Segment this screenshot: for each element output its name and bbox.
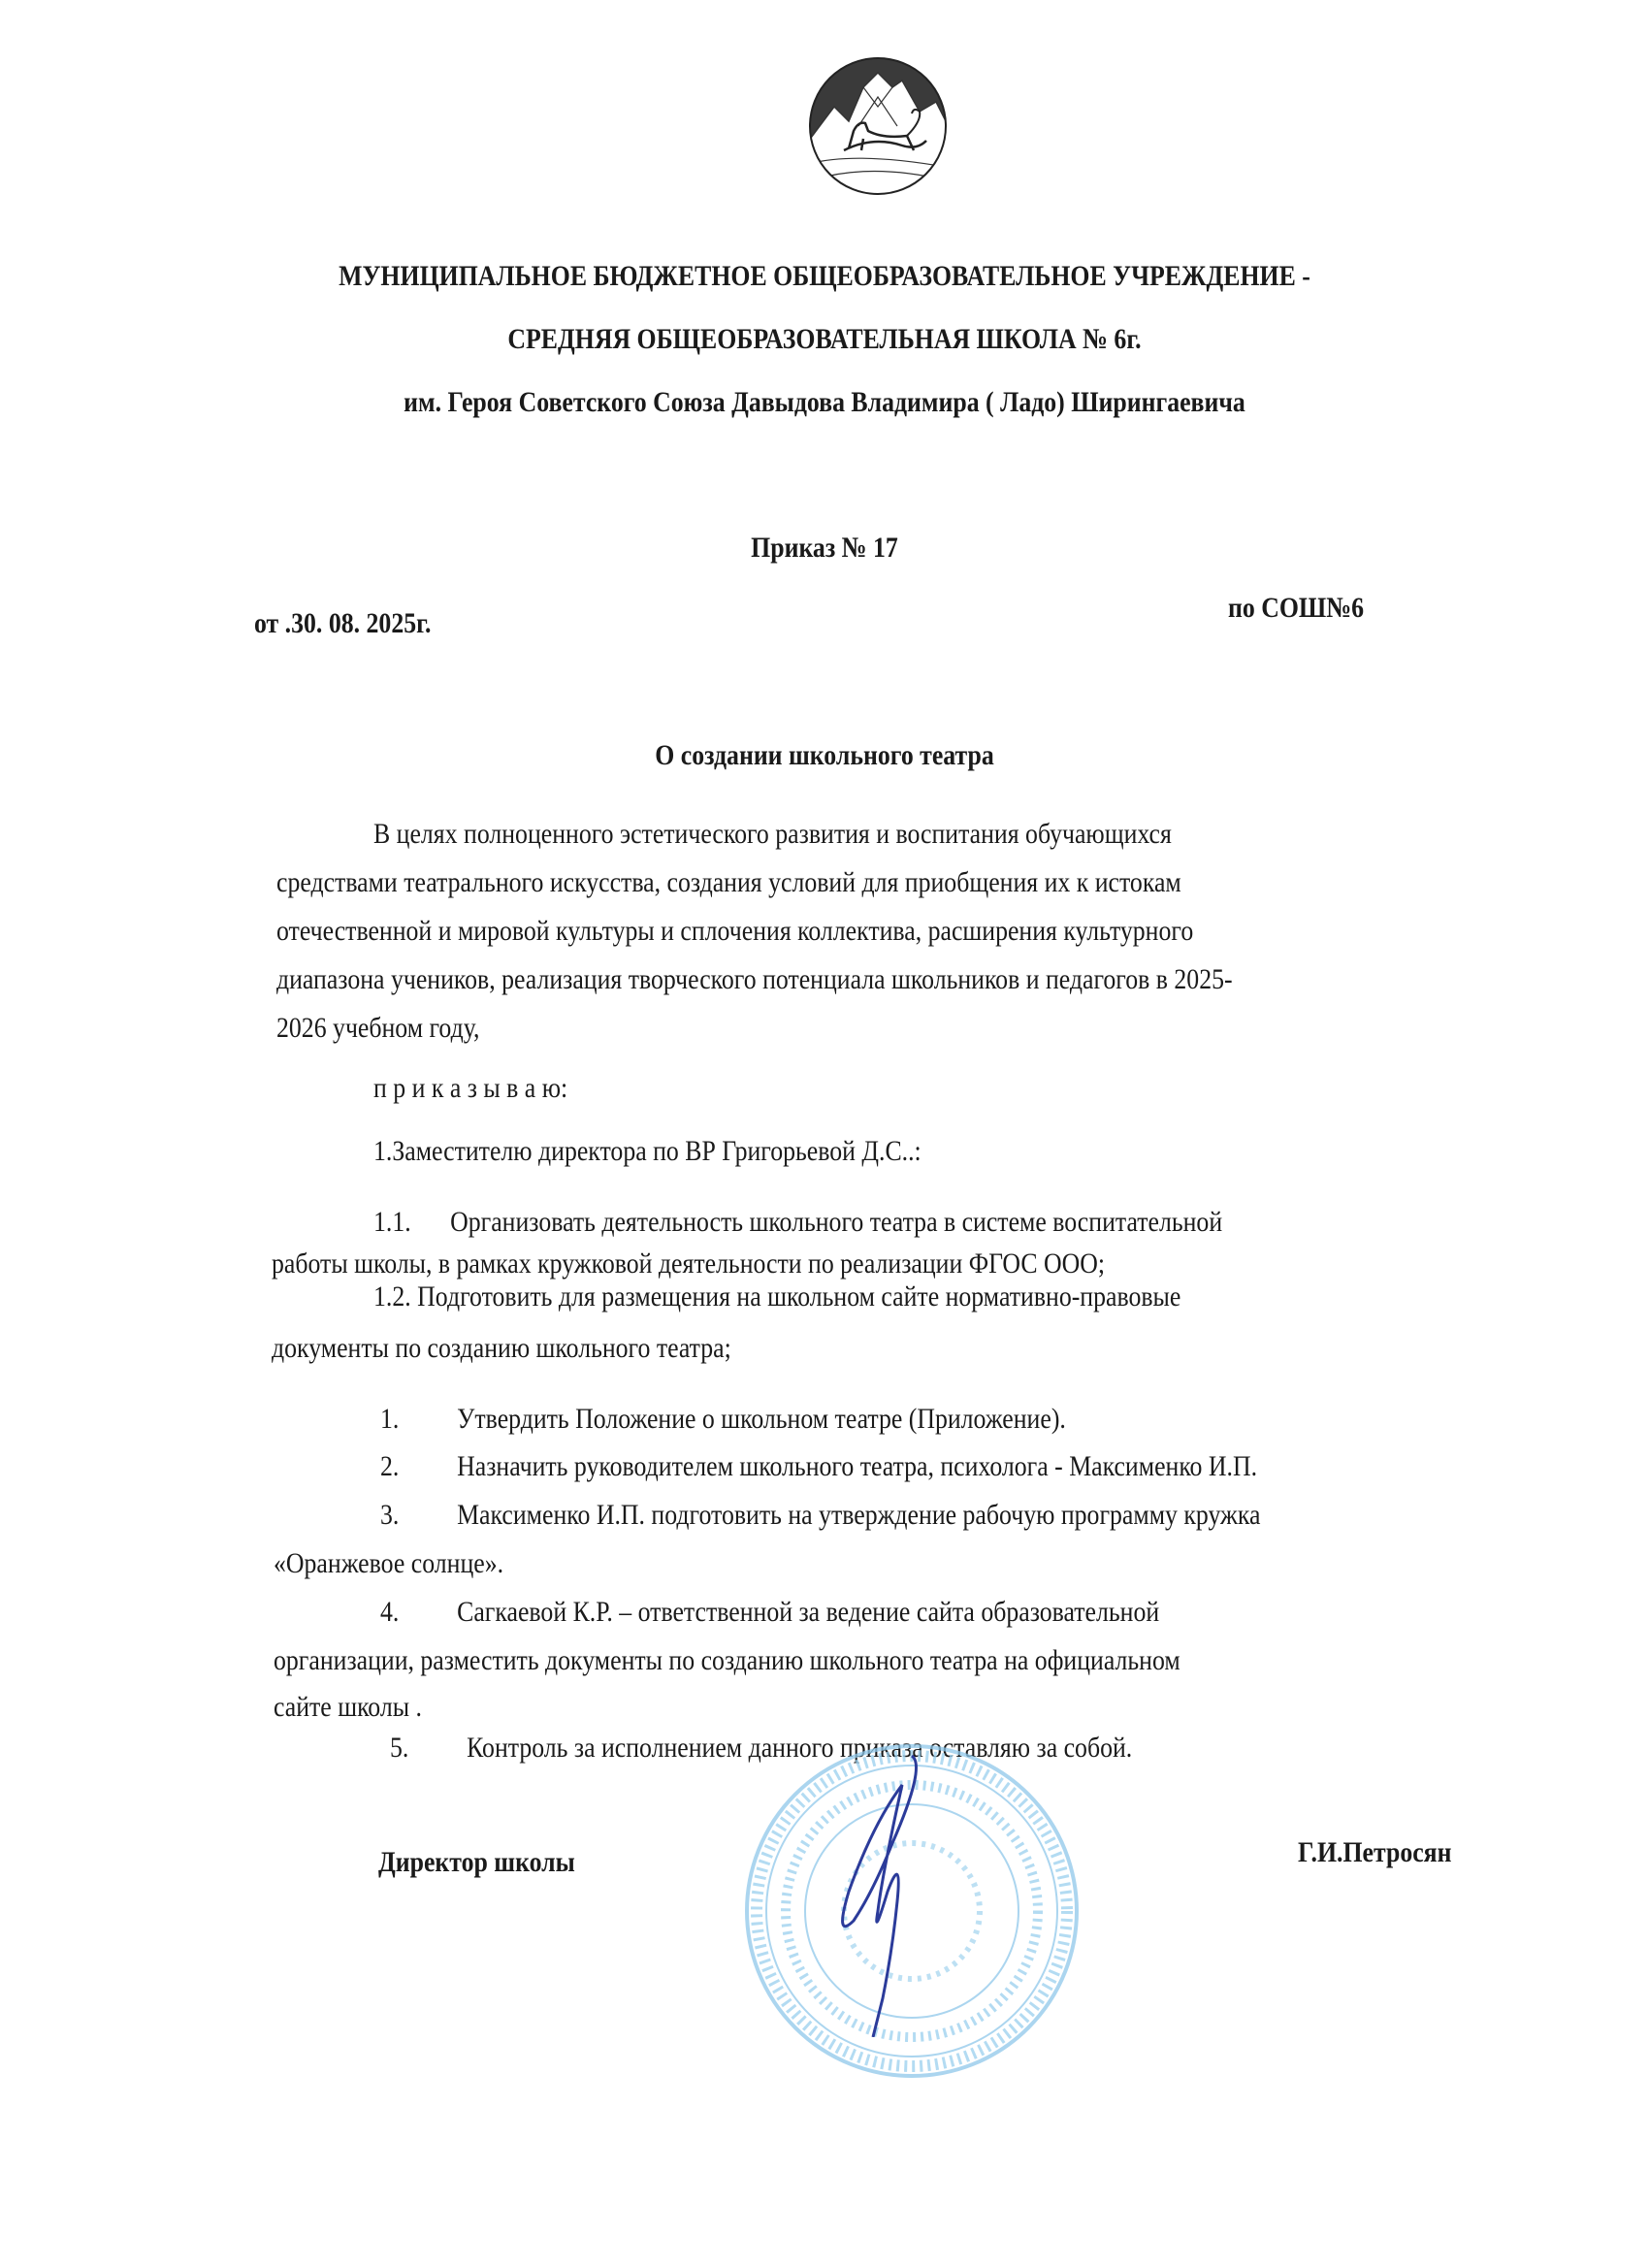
item1-heading: 1.Заместителю директора по ВР Григорьево… (373, 1137, 921, 1166)
list-item: 4.Сагкаевой К.Р. – ответственной за веде… (380, 1598, 1159, 1627)
preamble-line: диапазона учеников, реализация творческо… (276, 965, 1233, 994)
emblem-icon (805, 53, 951, 199)
order-word: п р и к а з ы в а ю: (373, 1074, 567, 1103)
preamble-line: средствами театрального искусства, созда… (276, 868, 1181, 897)
org-name-line2: СРЕДНЯЯ ОБЩЕОБРАЗОВАТЕЛЬНАЯ ШКОЛА № 6г. (115, 323, 1534, 356)
org-name-line3: им. Героя Советского Союза Давыдова Влад… (115, 386, 1534, 419)
order-title: Приказ № 17 (115, 532, 1534, 565)
subitem-1-2: 1.2. Подготовить для размещения на школь… (373, 1282, 1180, 1312)
list-item: 3.Максименко И.П. подготовить на утвержд… (380, 1501, 1260, 1530)
subitem-1-1: 1.1.Организовать деятельность школьного … (373, 1208, 1222, 1237)
list-item-cont: организации, разместить документы по соз… (274, 1646, 1180, 1675)
subitem-1-1-cont: работы школы, в рамках кружковой деятель… (272, 1249, 1105, 1279)
order-date: от .30. 08. 2025г. (254, 609, 431, 638)
preamble-line: 2026 учебном году, (276, 1014, 479, 1043)
subitem-1-2-cont: документы по созданию школьного театра; (272, 1334, 731, 1363)
subitem-number: 1.1. (373, 1208, 450, 1237)
order-subject: О создании школьного театра (115, 739, 1534, 772)
signature-icon (795, 1746, 989, 2037)
preamble-line: В целях полноценного эстетического разви… (373, 820, 1172, 849)
list-item: 2.Назначить руководителем школьного теат… (380, 1452, 1257, 1481)
list-item-cont: сайте школы . (274, 1693, 422, 1722)
signature-name: Г.И.Петросян (1298, 1838, 1452, 1867)
preamble-line: отечественной и мировой культуры и сплоч… (276, 917, 1193, 946)
order-org: по СОШ№6 (1228, 594, 1364, 623)
list-item-cont: «Оранжевое солнце». (274, 1549, 503, 1578)
org-name-line1: МУНИЦИПАЛЬНОЕ БЮДЖЕТНОЕ ОБЩЕОБРАЗОВАТЕЛЬ… (115, 260, 1534, 293)
list-item: 1.Утвердить Положение о школьном театре … (380, 1405, 1066, 1434)
signature-position: Директор школы (378, 1848, 575, 1877)
